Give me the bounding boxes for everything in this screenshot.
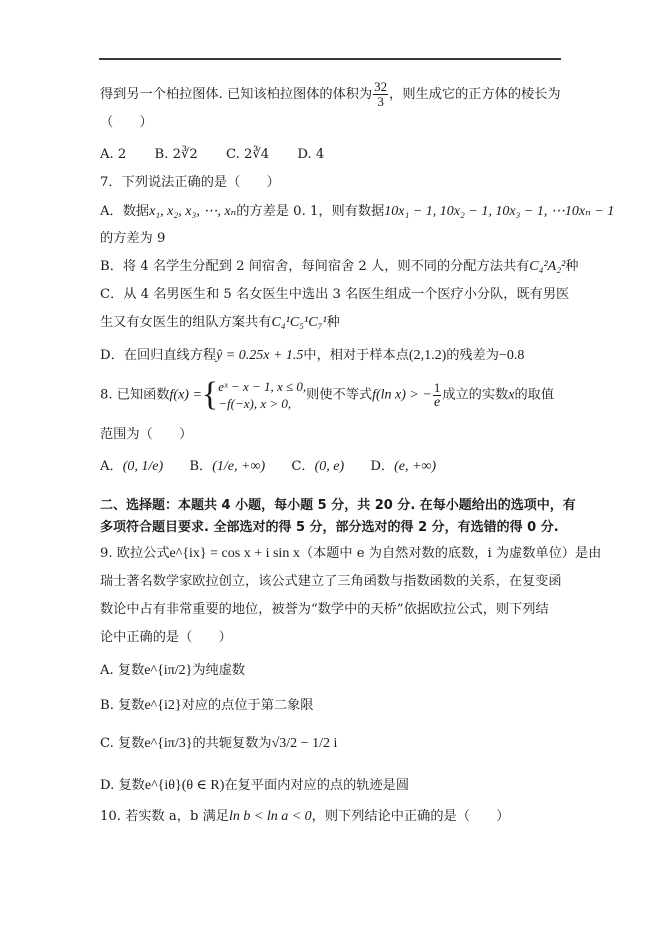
q7-a-mid: 的方差是 0. 1，则有数据: [236, 204, 384, 219]
q7-d-point: (2,1.2): [409, 348, 446, 363]
q6-text: 得到另一个柏拉图体. 已知该柏拉图体的体积为323，则生成它的正方体的棱长为: [100, 80, 561, 109]
q7-d-post: 的残差为: [446, 348, 499, 363]
q9-stem-line3: 数论中占有非常重要的地位，被誉为“数学中的天桥”依据欧拉公式，则下列结: [100, 601, 549, 619]
q8-option-c[interactable]: C．(0, e): [291, 458, 344, 476]
q9-euler-formula: e^{ix} = cos x + i sin x: [170, 546, 300, 561]
q7-option-a[interactable]: A．数据x₁, x₂, x₃, ⋯, xₙ的方差是 0. 1，则有数据10x₁ …: [100, 203, 614, 221]
q8-ineq: f(ln x) > −: [372, 388, 432, 403]
option-expr: e^{iπ/3}: [144, 736, 192, 751]
option-pre: C. 复数: [100, 736, 144, 751]
q9-stem-line1: 9. 欧拉公式e^{ix} = cos x + i sin x（本题中 e 为自…: [100, 545, 601, 563]
q6-option-d[interactable]: D. 4: [297, 146, 324, 164]
q8-ineq-fraction: 1e: [433, 381, 442, 410]
option-value: (0, e): [315, 459, 345, 474]
q6-text-post: ，则生成它的正方体的棱长为: [389, 87, 560, 102]
q9-stem-line2: 瑞士著名数学家欧拉创立，该公式建立了三角函数与指数函数的关系，在复变函: [100, 573, 562, 591]
option-value: (0, 1/e): [123, 459, 163, 474]
q6-option-a[interactable]: A. 2: [100, 146, 126, 164]
q7-a-seq2: 10x₁ − 1, 10x₂ − 1, 10x₃ − 1, ⋯10xₙ − 1: [384, 204, 614, 219]
q8-case1: eˣ − x − 1, x ≤ 0,: [218, 378, 306, 395]
q6-option-c[interactable]: C. 2∛4: [226, 146, 269, 164]
option-value: (e, +∞): [394, 459, 436, 474]
q8-options: A．(0, 1/e) B．(1/e, +∞) C．(0, e) D．(e, +∞…: [100, 458, 460, 476]
option-expr: e^{iθ}(θ ∈ R): [145, 778, 225, 793]
frac-num: 32: [373, 80, 388, 95]
q6-volume-fraction: 323: [373, 80, 388, 109]
option-value: (1/e, +∞): [212, 459, 265, 474]
q8-brace: {: [202, 378, 218, 412]
q7-b-post: 种: [565, 259, 578, 274]
q8-cases: eˣ − x − 1, x ≤ 0,−f(−x), x > 0,: [218, 378, 306, 412]
q7-b-pre: B．将 4 名学生分配到 2 间宿舍，每间宿舍 2 人，则不同的分配方法共有: [100, 259, 529, 274]
option-pre: A. 复数: [100, 663, 144, 678]
q8-stem: 8. 已知函数f(x) ={eˣ − x − 1, x ≤ 0,−f(−x), …: [100, 378, 554, 412]
q9-post: （本题中 e 为自然对数的底数，i 为虚数单位）是由: [300, 546, 602, 561]
q8-post2: 的取值: [514, 388, 554, 403]
section2-heading-line1: 二、选择题：本题共 4 小题，每小题 5 分，共 20 分. 在每小题给出的选项…: [100, 497, 576, 515]
q9-option-d[interactable]: D. 复数e^{iθ}(θ ∈ R)在复平面内对应的点的轨迹是圆: [100, 777, 409, 795]
option-label: C．: [291, 459, 314, 474]
q6-blank: （ ）: [100, 114, 153, 132]
option-pre: B. 复数: [100, 698, 144, 713]
q6-option-b[interactable]: B. 2∛2: [155, 146, 198, 164]
option-mid: 的共轭复数为: [192, 736, 271, 751]
q9-option-c[interactable]: C. 复数e^{iπ/3}的共轭复数为√3/2 − 1/2 i: [100, 735, 337, 753]
q9-pre: 9. 欧拉公式: [100, 546, 170, 561]
q7-a-pre: A．数据: [100, 204, 149, 219]
q7-c-expr: C₄¹C₅¹C₇¹: [271, 315, 326, 330]
q7-option-c[interactable]: C．从 4 名男医生和 5 名女医生中选出 3 名医生组成一个医疗小分队，既有男…: [100, 286, 569, 304]
q7-stem: 7．下列说法正确的是（ ）: [100, 174, 280, 192]
option-post: 为纯虚数: [192, 663, 245, 678]
q10-pre: 10. 若实数 a，b 满足: [100, 809, 229, 824]
option-value: √3/2 − 1/2 i: [272, 736, 338, 751]
q7-option-c-cont: 生又有女医生的组队方案共有C₄¹C₅¹C₇¹种: [100, 314, 340, 332]
q10-post: ，则下列结论中正确的是（ ）: [312, 809, 510, 824]
q10-stem: 10. 若实数 a，b 满足ln b < ln a < 0，则下列结论中正确的是…: [100, 808, 509, 826]
option-post: 对应的点位于第二象限: [182, 698, 314, 713]
q8-mid: 则使不等式: [306, 388, 372, 403]
option-expr: e^{i2}: [144, 698, 181, 713]
q8-option-d[interactable]: D．(e, +∞): [370, 458, 436, 476]
q6-text-pre: 得到另一个柏拉图体. 已知该柏拉图体的体积为: [100, 87, 372, 102]
q8-post: 成立的实数: [442, 388, 508, 403]
q7-b-expr: C₄²A₂²: [529, 259, 565, 274]
header-rule: [99, 58, 561, 60]
q8-fx: f(x) =: [170, 388, 202, 403]
q7-option-a-cont: 的方差为 9: [100, 230, 165, 248]
q7-d-val: −0.8: [499, 348, 524, 363]
frac-den: 3: [373, 95, 388, 109]
q7-d-pre: D．在回归直线方程: [100, 348, 216, 363]
q7-option-b[interactable]: B．将 4 名学生分配到 2 间宿舍，每间宿舍 2 人，则不同的分配方法共有C₄…: [100, 258, 578, 276]
q7-c-pre: 生又有女医生的组队方案共有: [100, 315, 271, 330]
option-pre: D. 复数: [100, 778, 145, 793]
q10-condition: ln b < ln a < 0: [229, 809, 312, 824]
frac-den: e: [433, 396, 442, 410]
option-expr: e^{iπ/2}: [144, 663, 192, 678]
option-label: B．: [189, 459, 212, 474]
q8-option-b[interactable]: B．(1/e, +∞): [189, 458, 265, 476]
section2-heading-line2: 多项符合题目要求. 全部选对的得 5 分，部分选对的得 2 分，有选错的得 0 …: [100, 519, 559, 537]
q7-a-seq: x₁, x₂, x₃, ⋯, xₙ: [149, 204, 236, 219]
option-label: A．: [100, 459, 123, 474]
q7-option-d[interactable]: D．在回归直线方程ŷ = 0.25x + 1.5中，相对于样本点(2,1.2)的…: [100, 347, 524, 365]
q7-c-post: 种: [327, 315, 340, 330]
q9-option-a[interactable]: A. 复数e^{iπ/2}为纯虚数: [100, 662, 245, 680]
frac-num: 1: [433, 381, 442, 396]
q6-options: A. 2 B. 2∛2 C. 2∛4 D. 4: [100, 146, 348, 164]
q8-pre: 8. 已知函数: [100, 388, 170, 403]
q8-option-a[interactable]: A．(0, 1/e): [100, 458, 163, 476]
q8-line2: 范围为（ ）: [100, 426, 192, 444]
option-label: D．: [370, 459, 394, 474]
q9-stem-line4: 论中正确的是（ ）: [100, 629, 232, 647]
q8-case2: −f(−x), x > 0,: [218, 395, 306, 412]
q7-d-eq: ŷ = 0.25x + 1.5: [216, 348, 303, 363]
q7-d-mid: 中，相对于样本点: [303, 348, 409, 363]
q9-option-b[interactable]: B. 复数e^{i2}对应的点位于第二象限: [100, 697, 313, 715]
option-post: 在复平面内对应的点的轨迹是圆: [224, 778, 409, 793]
